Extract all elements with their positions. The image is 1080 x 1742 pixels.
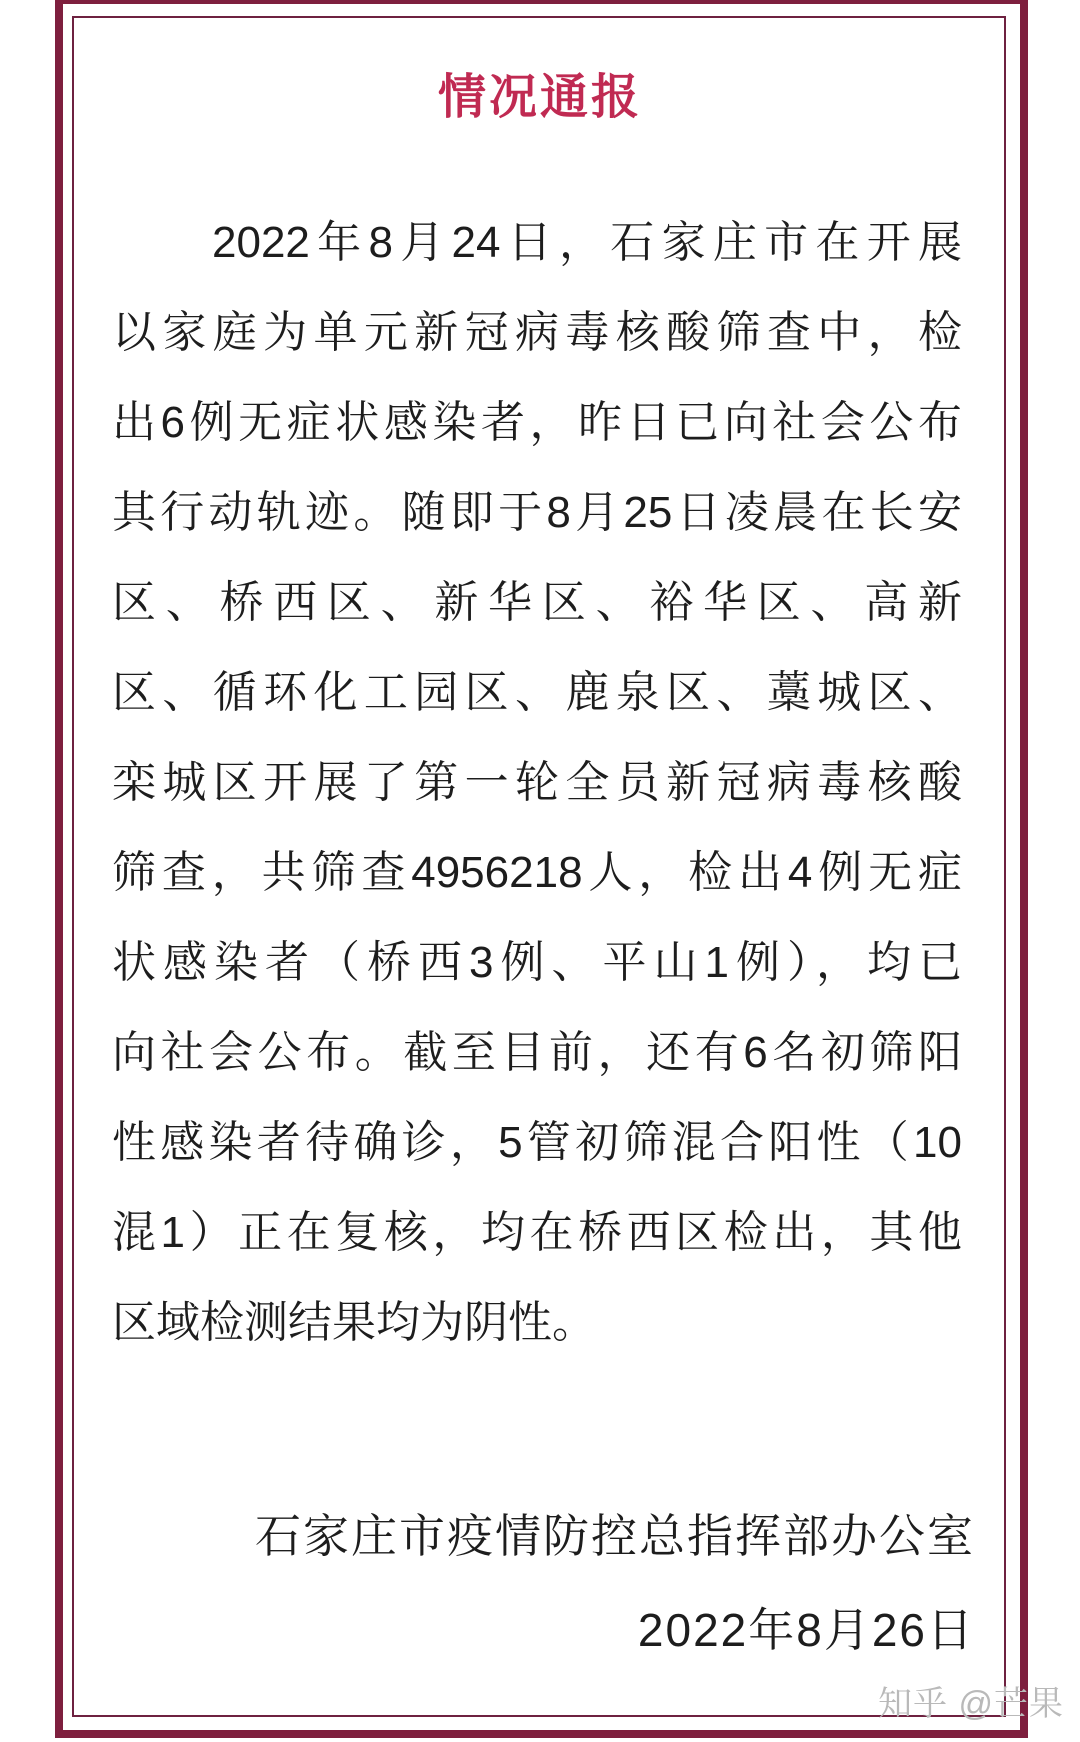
zhihu-watermark: 知乎 @芒果	[878, 1676, 1064, 1725]
body-line: 2022年8月24日，石家庄市在开展	[112, 198, 962, 288]
body-line: 筛查，共筛查4956218人，检出4例无症	[112, 828, 962, 918]
body-line: 区、循环化工园区、鹿泉区、藁城区、	[112, 648, 962, 738]
body-line: 状感染者（桥西3例、平山1例），均已	[112, 918, 962, 1008]
body-line: 出6例无症状感染者，昨日已向社会公布	[112, 378, 962, 468]
notice-title: 情况通报	[74, 72, 1006, 125]
issue-date: 2022年8月26日	[112, 1600, 975, 1660]
body-line: 栾城区开展了第一轮全员新冠病毒核酸	[112, 738, 962, 828]
issuer-signature: 石家庄市疫情防控总指挥部办公室	[112, 1506, 975, 1566]
notice-page: 情况通报 2022年8月24日，石家庄市在开展 以家庭为单元新冠病毒核酸筛查中，…	[0, 0, 1080, 1742]
body-line: 以家庭为单元新冠病毒核酸筛查中，检	[112, 288, 962, 378]
body-line: 混1）正在复核，均在桥西区检出，其他	[112, 1188, 962, 1278]
notice-body: 2022年8月24日，石家庄市在开展 以家庭为单元新冠病毒核酸筛查中，检 出6例…	[112, 198, 962, 1368]
body-line: 性感染者待确诊，5管初筛混合阳性（10	[112, 1098, 962, 1188]
body-line: 向社会公布。截至目前，还有6名初筛阳	[112, 1008, 962, 1098]
body-line: 区域检测结果均为阴性。	[112, 1278, 962, 1368]
body-line: 区、桥西区、新华区、裕华区、高新	[112, 558, 962, 648]
body-line: 其行动轨迹。随即于8月25日凌晨在长安	[112, 468, 962, 558]
